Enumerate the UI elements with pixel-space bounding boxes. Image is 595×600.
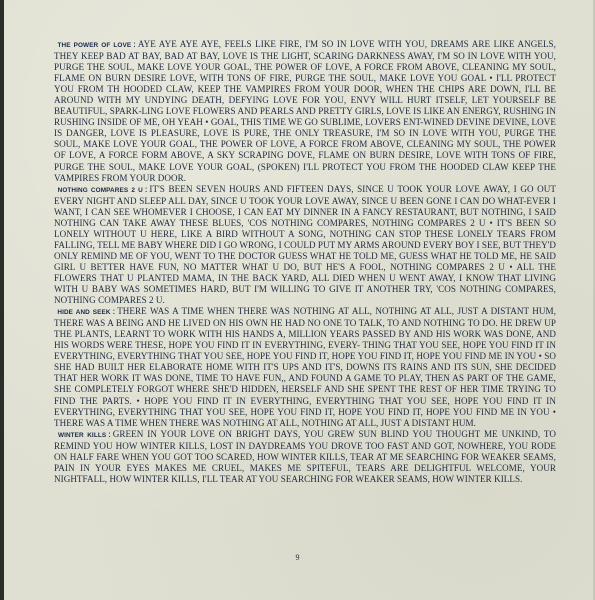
song-nothing-compares-2-u: NOTHING COMPARES 2 U:IT'S BEEN SEVEN HOU… [54, 184, 556, 307]
song-lyrics: GREEN IN YOUR LOVE ON BRIGHT DAYS, YOU G… [54, 429, 556, 484]
title-separator: : [145, 184, 148, 194]
song-title: WINTER KILLS [58, 432, 106, 439]
song-title: HIDE AND SEEK [57, 309, 110, 316]
song-lyrics: IT'S BEEN SEVEN HOURS AND FIFTEEN DAYS, … [54, 184, 556, 305]
song-winter-kills: WINTER KILLS:GREEN IN YOUR LOVE ON BRIGH… [54, 429, 556, 485]
song-title: THE POWER OF LOVE [58, 42, 132, 49]
page-number: 9 [0, 553, 595, 562]
song-lyrics: THERE WAS A TIME WHEN THERE WAS NOTHING … [54, 306, 556, 427]
booklet-page: THE POWER OF LOVE:AYE AYE AYE AYE, FEELS… [0, 0, 595, 600]
title-separator: : [133, 39, 136, 49]
song-power-of-love: THE POWER OF LOVE:AYE AYE AYE AYE, FEELS… [54, 39, 556, 184]
page-left-edge [0, 0, 4, 600]
song-title: NOTHING COMPARES 2 U [58, 187, 143, 194]
song-hide-and-seek: HIDE AND SEEK:THERE WAS A TIME WHEN THER… [54, 306, 556, 429]
song-lyrics: AYE AYE AYE AYE, FEELS LIKE FIRE, I'M SO… [54, 39, 556, 183]
lyrics-body: THE POWER OF LOVE:AYE AYE AYE AYE, FEELS… [54, 39, 556, 485]
title-separator: : [108, 429, 111, 439]
title-separator: : [113, 306, 116, 316]
